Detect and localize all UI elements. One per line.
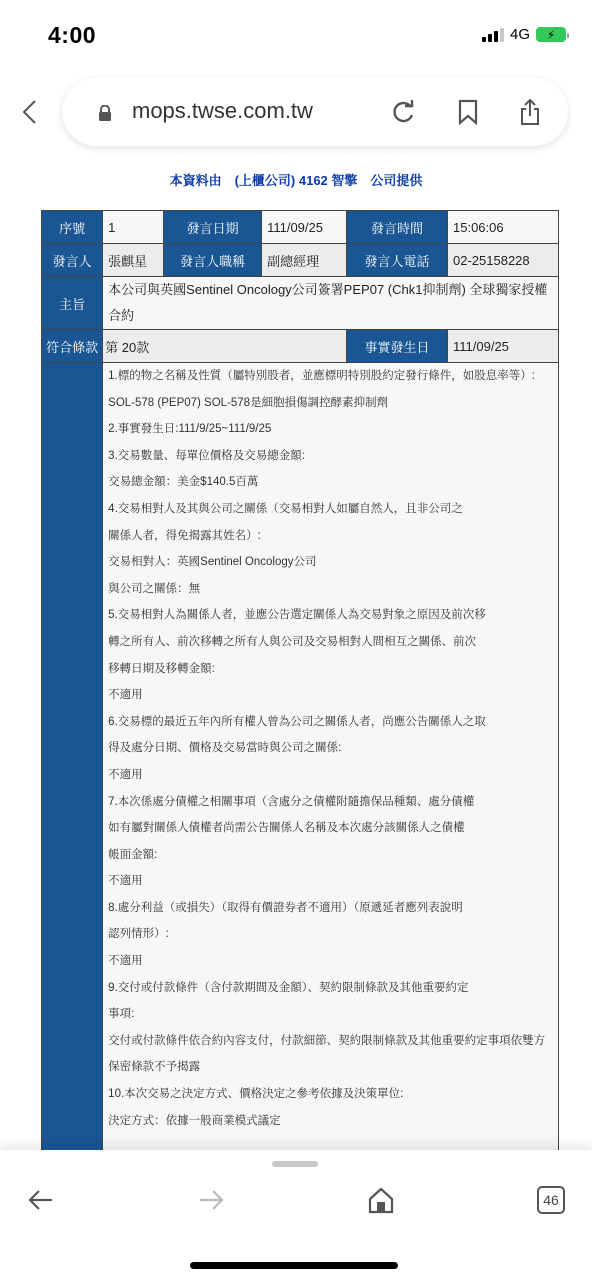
detail-line: 10.本次交易之決定方式、價格決定之參考依據及決策單位: xyxy=(108,1081,553,1108)
detail-line: 不適用 xyxy=(108,682,553,709)
table-row: 序號 1 發言日期 111/09/25 發言時間 15:06:06 xyxy=(42,211,559,244)
date-value: 111/09/25 xyxy=(262,211,347,244)
speaker-phone-value: 02-25158228 xyxy=(448,244,559,277)
table-row: 主旨 本公司與英國Sentinel Oncology公司簽署PEP07 (Chk… xyxy=(42,277,559,330)
detail-line: 保密條款不予揭露 xyxy=(108,1054,553,1081)
time-label: 發言時間 xyxy=(347,211,448,244)
detail-line: 事項: xyxy=(108,1001,553,1028)
table-row: 1.標的物之名稱及性質（屬特別股者，並應標明特別股約定發行條件，如股息率等）: … xyxy=(42,363,559,1163)
seq-label: 序號 xyxy=(42,211,103,244)
tabs-icon[interactable]: 46 xyxy=(537,1186,565,1214)
bottom-toolbar xyxy=(0,1150,592,1280)
clause-label: 符合條款 xyxy=(42,330,103,363)
speaker-phone-label: 發言人電話 xyxy=(347,244,448,277)
time-value: 15:06:06 xyxy=(448,211,559,244)
reload-icon[interactable] xyxy=(390,98,418,126)
detail-line: 3.交易數量、每單位價格及交易總金額: xyxy=(108,443,553,470)
status-bar: 4:00 4G ⚡ xyxy=(0,0,592,70)
detail-line: 關係人者，得免揭露其姓名）: xyxy=(108,523,553,550)
clause-value: 第 20款 xyxy=(103,330,347,363)
bookmark-icon[interactable] xyxy=(454,98,482,126)
back-arrow-icon[interactable] xyxy=(26,1185,56,1215)
signal-icon xyxy=(482,28,504,42)
provider-line: 本資料由 (上櫃公司) 4162 智擎 公司提供 xyxy=(0,170,592,189)
address-bar[interactable]: mops.twse.com.tw xyxy=(62,78,568,146)
date-label: 發言日期 xyxy=(164,211,262,244)
forward-arrow-icon[interactable] xyxy=(196,1185,226,1215)
back-icon[interactable] xyxy=(20,98,40,126)
speaker-title-label: 發言人職稱 xyxy=(164,244,262,277)
detail-line: 7.本次係處分債權之相關事項（含處分之債權附隨擔保品種類、處分債權 xyxy=(108,789,553,816)
detail-line: 交易總金額：美金$140.5百萬 xyxy=(108,469,553,496)
detail-line: 8.處分利益（或損失）（取得有價證券者不適用）（原遞延者應列表說明 xyxy=(108,895,553,922)
detail-line: 交易相對人：英國Sentinel Oncology公司 xyxy=(108,549,553,576)
fact-date-value: 111/09/25 xyxy=(448,330,559,363)
network-type: 4G xyxy=(510,26,530,43)
detail-line: SOL-578 (PEP07) SOL-578是細胞損傷調控酵素抑制劑 xyxy=(108,390,553,417)
detail-line: 交付或付款條件依合約內容支付，付款細節、契約限制條款及其他重要約定事項依雙方 xyxy=(108,1028,553,1055)
detail-line: 4.交易相對人及其與公司之關係（交易相對人如屬自然人，且非公司之 xyxy=(108,496,553,523)
subject-value: 本公司與英國Sentinel Oncology公司簽署PEP07 (Chk1抑制… xyxy=(103,277,559,330)
detail-line: 不適用 xyxy=(108,948,553,975)
fact-date-label: 事實發生日 xyxy=(347,330,448,363)
announcement-table: 序號 1 發言日期 111/09/25 發言時間 15:06:06 發言人 張麒… xyxy=(41,210,559,1163)
detail-line: 移轉日期及移轉金額: xyxy=(108,656,553,683)
detail-line: 5.交易相對人為關係人者，並應公告選定關係人為交易對象之原因及前次移 xyxy=(108,602,553,629)
lock-icon xyxy=(98,105,112,126)
speaker-label: 發言人 xyxy=(42,244,103,277)
table-row: 符合條款 第 20款 事實發生日 111/09/25 xyxy=(42,330,559,363)
detail-line: 9.交付或付款條件（含付款期間及金額）、契約限制條款及其他重要約定 xyxy=(108,975,553,1002)
table-row: 發言人 張麒星 發言人職稱 副總經理 發言人電話 02-25158228 xyxy=(42,244,559,277)
detail-line: 6.交易標的最近五年內所有權人曾為公司之關係人者，尚應公告關係人之取 xyxy=(108,709,553,736)
share-icon[interactable] xyxy=(516,98,544,126)
detail-line: 決定方式：依據一般商業模式議定 xyxy=(108,1108,553,1135)
status-time: 4:00 xyxy=(48,22,96,49)
detail-label xyxy=(42,363,103,1163)
detail-line: 帳面金額: xyxy=(108,842,553,869)
detail-line: 轉之所有人、前次移轉之所有人與公司及交易相對人間相互之關係、前次 xyxy=(108,629,553,656)
drag-handle[interactable] xyxy=(272,1161,318,1167)
detail-line: 如有屬對關係人債權者尚需公告關係人名稱及本次處分該關係人之債權 xyxy=(108,815,553,842)
detail-line: 認列情形）: xyxy=(108,921,553,948)
detail-line: 不適用 xyxy=(108,762,553,789)
detail-line: 不適用 xyxy=(108,868,553,895)
detail-line: 2.事實發生日:111/9/25~111/9/25 xyxy=(108,416,553,443)
url-text[interactable]: mops.twse.com.tw xyxy=(132,98,313,124)
home-icon[interactable] xyxy=(366,1185,396,1215)
seq-value: 1 xyxy=(103,211,164,244)
detail-content: 1.標的物之名稱及性質（屬特別股者，並應標明特別股約定發行條件，如股息率等）: … xyxy=(103,363,559,1163)
home-indicator[interactable] xyxy=(190,1262,398,1269)
detail-line: 1.標的物之名稱及性質（屬特別股者，並應標明特別股約定發行條件，如股息率等）: xyxy=(108,363,553,390)
detail-line: 得及處分日期、價格及交易當時與公司之關係: xyxy=(108,735,553,762)
speaker-title-value: 副總經理 xyxy=(262,244,347,277)
detail-line: 與公司之關係：無 xyxy=(108,576,553,603)
subject-label: 主旨 xyxy=(42,277,103,330)
speaker-value: 張麒星 xyxy=(103,244,164,277)
status-indicators: 4G ⚡ xyxy=(482,26,566,43)
battery-charging-icon: ⚡ xyxy=(536,27,566,42)
